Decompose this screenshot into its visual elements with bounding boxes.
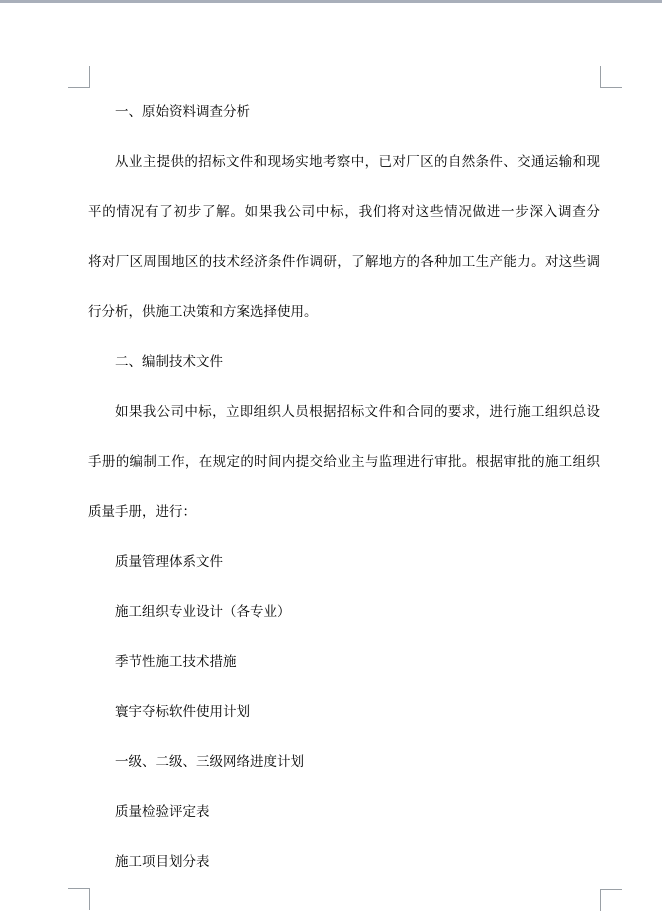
text-boundary-mark-top-right	[600, 66, 622, 88]
paragraph-line: 将对厂区周围地区的技术经济条件作调研，了解地方的各种加工生产能力。对这些调查资料…	[88, 237, 600, 287]
paragraph-line: 质量手册，进行：	[88, 487, 600, 537]
list-line: 季节性施工技术措施	[88, 637, 600, 687]
list-line: 质量管理体系文件	[88, 537, 600, 587]
list-line: 施工项目划分表	[88, 837, 600, 887]
text-boundary-mark-top-left	[68, 66, 90, 88]
window-top-edge	[0, 0, 662, 3]
document-text-area: 一、原始资料调查分析 从业主提供的招标文件和现场实地考察中，已对厂区的自然条件、…	[88, 87, 600, 887]
list-line: 质量检验评定表	[88, 787, 600, 837]
list-line: 一级、二级、三级网络进度计划	[88, 737, 600, 787]
document-page: 一、原始资料调查分析 从业主提供的招标文件和现场实地考察中，已对厂区的自然条件、…	[0, 0, 662, 917]
text-boundary-mark-bottom-right	[600, 889, 622, 911]
heading-section-1: 一、原始资料调查分析	[88, 87, 600, 137]
paragraph-line: 从业主提供的招标文件和现场实地考察中，已对厂区的自然条件、交通运输和现场三通一	[88, 137, 600, 187]
heading-section-2: 二、编制技术文件	[88, 337, 600, 387]
list-line: 寰宇夺标软件使用计划	[88, 687, 600, 737]
paragraph-line: 如果我公司中标，立即组织人员根据招标文件和合同的要求，进行施工组织总设计、质量	[88, 387, 600, 437]
paragraph-line: 手册的编制工作，在规定的时间内提交给业主与监理进行审批。根据审批的施工组织总设计…	[88, 437, 600, 487]
paragraph-line: 平的情况有了初步了解。如果我公司中标，我们将对这些情况做进一步深入调查分析，同时…	[88, 187, 600, 237]
text-boundary-mark-bottom-left	[68, 888, 90, 910]
list-line: 施工组织专业设计（各专业）	[88, 587, 600, 637]
paragraph-line: 行分析，供施工决策和方案选择使用。	[88, 287, 600, 337]
